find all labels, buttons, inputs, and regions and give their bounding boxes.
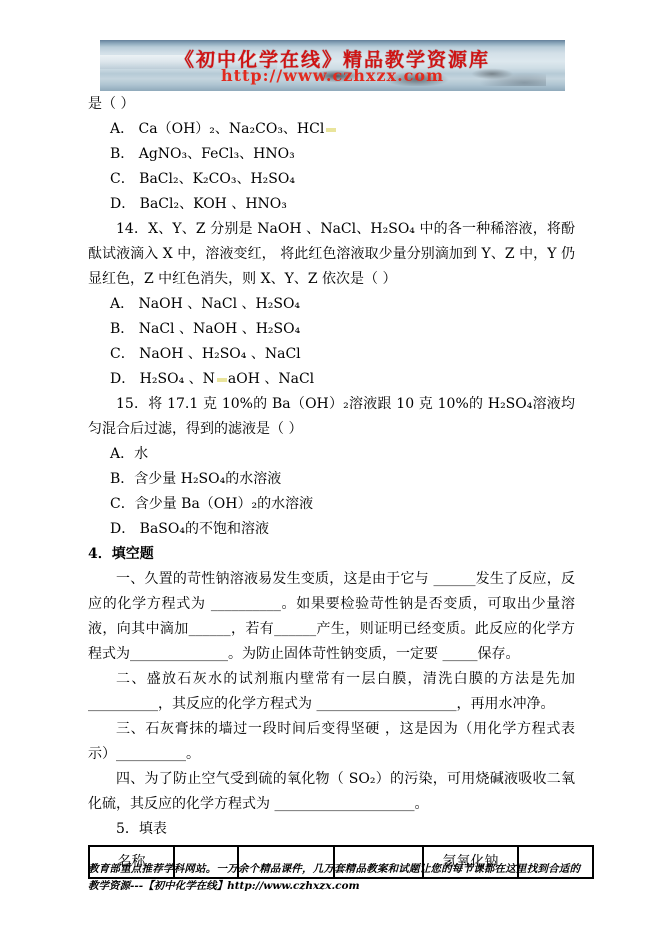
fill-paragraph-4: 四、为了防止空气受到硫的氧化物（ SO₂）的污染，可用烧碱液吸收二氧化硫，其反应… [88,767,575,817]
q13-option-a: A． Ca（OH）₂、Na₂CO₃、HCl [88,117,575,142]
q14-option-a: A． NaOH 、NaCl 、H₂SO₄ [88,292,575,317]
fill-paragraph-3: 三、石灰膏抹的墙过一段时间后变得坚硬 ，这是因为（用化学方程式表示）______… [88,717,575,767]
q14-option-c: C． NaOH 、H₂SO₄ 、NaCl [88,342,575,367]
fill-paragraph-2: 二、盛放石灰水的试剂瓶内壁常有一层白膜，清洗白膜的方法是先加__________… [88,667,575,717]
q14-option-d-part2: aOH 、NaCl [228,371,314,387]
q15-option-c: C．含少量 Ba（OH）₂的水溶液 [88,492,575,517]
q14-option-d: D． H₂SO₄ 、NaOH 、NaCl [88,367,575,392]
q14-option-b: B． NaCl 、NaOH 、H₂SO₄ [88,317,575,342]
q13-option-d: D． BaCl₂、KOH 、HNO₃ [88,192,575,217]
q14-text: 14．X、Y、Z 分别是 NaOH 、NaCl、H₂SO₄ 中的各一种稀溶液，将… [88,217,575,292]
q15-text: 15．将 17.1 克 10%的 Ba（OH）₂溶液跟 10 克 10%的 H₂… [88,392,575,442]
fill-section-heading: 4．填空题 [88,542,575,567]
q13-stem: 是（ ） [88,92,575,117]
q14-option-d-part1: D． H₂SO₄ 、N [110,371,215,387]
spellcheck-mark-icon [326,128,336,132]
fill-paragraph-1: 一、久置的苛性钠溶液易发生变质，这是由于它与 ______发生了反应，反应的化学… [88,567,575,667]
q15-option-d: D． BaSO₄的不饱和溶液 [88,517,575,542]
q13-option-a-text: A． Ca（OH）₂、Na₂CO₃、HCl [110,121,324,137]
q13-option-b: B． AgNO₃、FeCl₃、HNO₃ [88,142,575,167]
spellcheck-mark-icon [217,378,227,382]
document-body: 是（ ） A． Ca（OH）₂、Na₂CO₃、HCl B． AgNO₃、FeCl… [88,92,575,879]
site-banner: 《初中化学在线》精品教学资源库 http://www.czhxzx.com [100,40,565,91]
q13-option-c: C． BaCl₂、K₂CO₃、H₂SO₄ [88,167,575,192]
banner-url-link[interactable]: http://www.czhxzx.com [100,66,565,85]
document-page: 《初中化学在线》精品教学资源库 http://www.czhxzx.com 是（… [0,0,662,936]
q15-option-a: A．水 [88,442,575,467]
footer-promo-text: 教育部重点推荐学科网站。一万余个精品课件，几万套精品教案和试题让您的每节课都在这… [88,861,580,895]
q15-option-b: B．含少量 H₂SO₄的水溶液 [88,467,575,492]
table-section-heading: 5．填表 [88,817,575,842]
